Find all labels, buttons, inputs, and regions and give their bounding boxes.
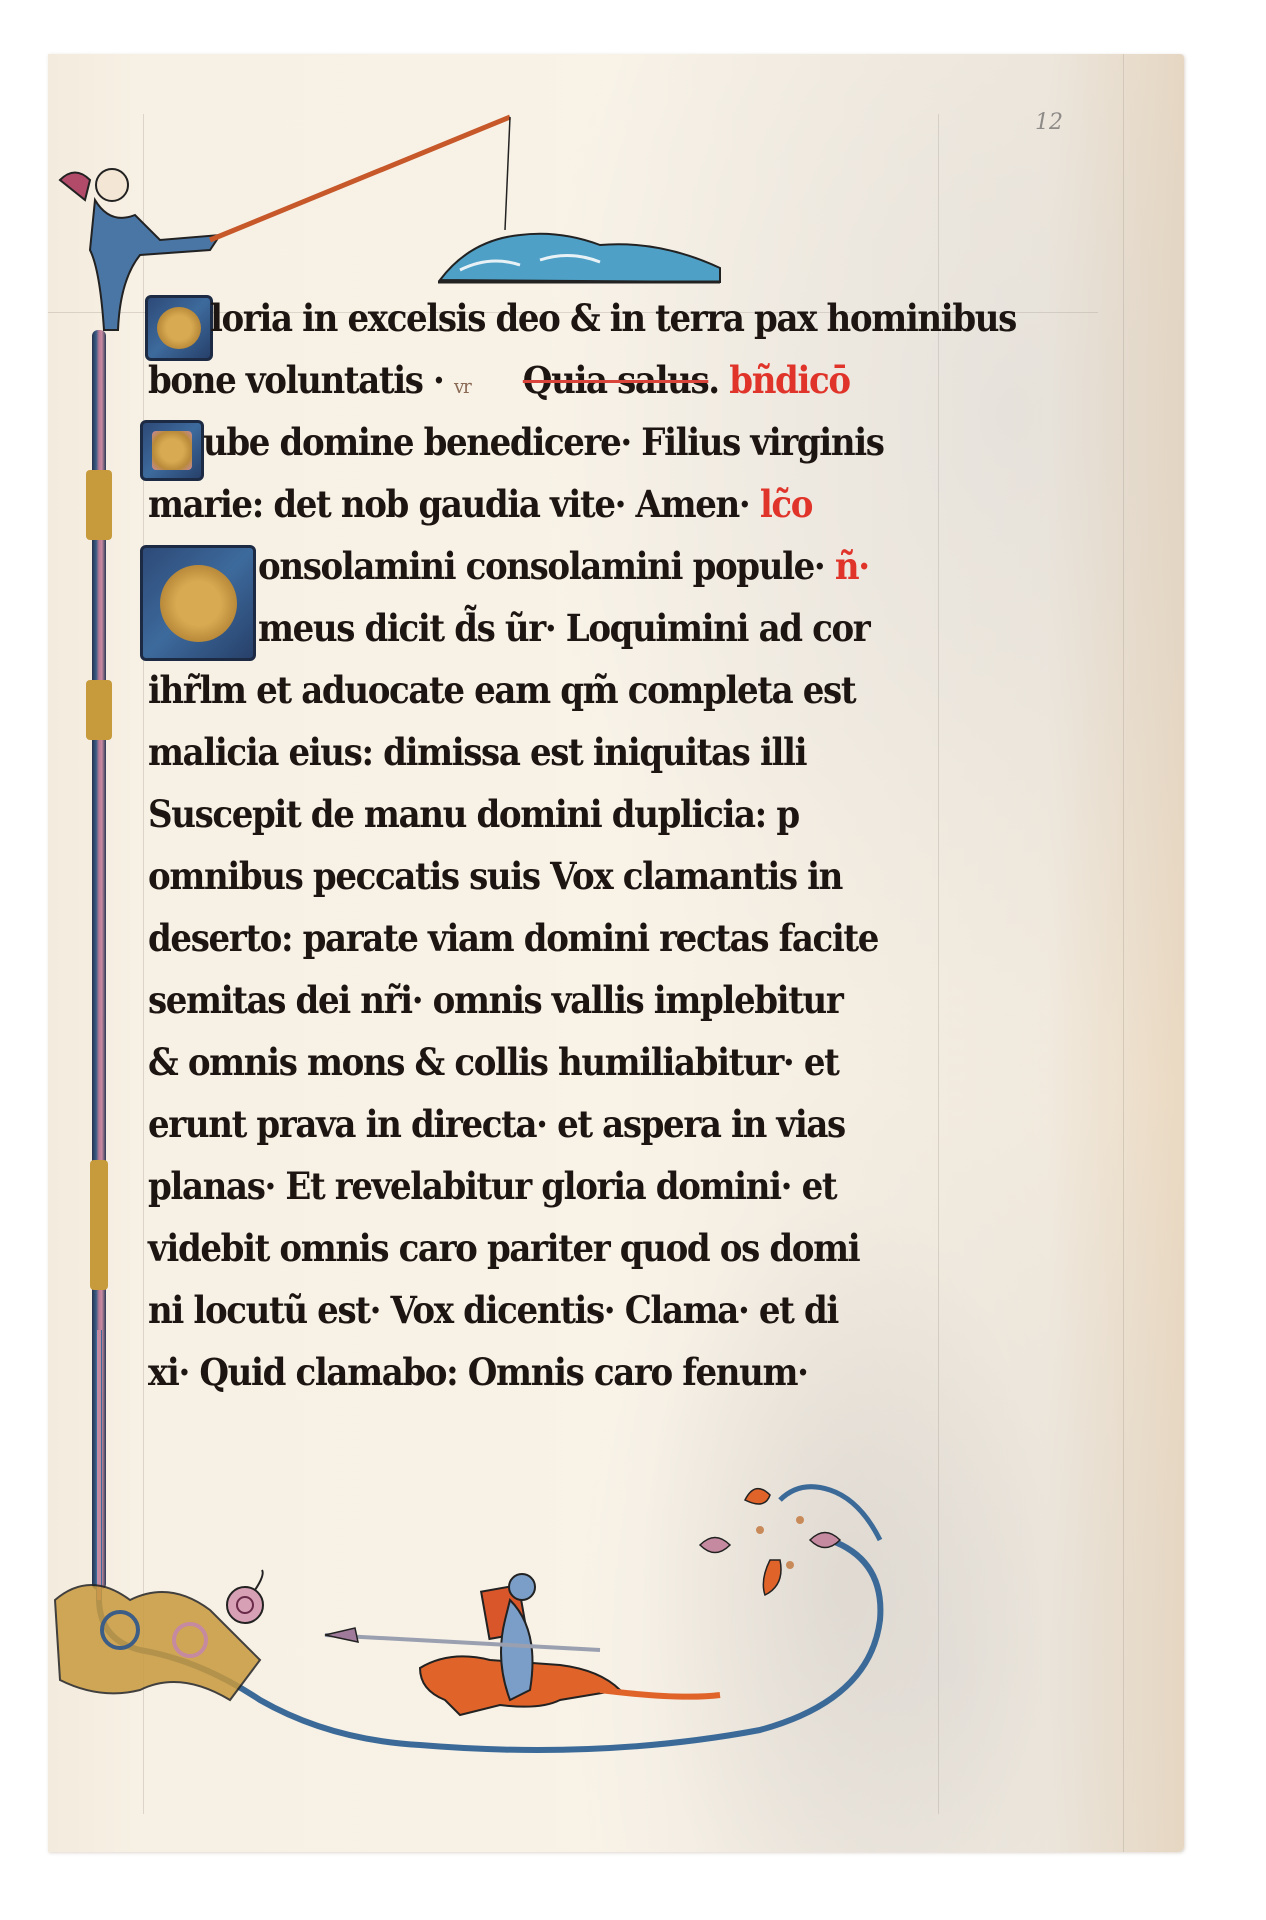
line-text: onsolamini consolamini popule·: [258, 544, 824, 588]
ruling-line: [143, 114, 144, 1814]
gold-ornament: [86, 470, 112, 540]
text-line-15: planas· Et revelabitur gloria domini· et: [148, 1164, 836, 1208]
initial-i: [140, 420, 204, 481]
line-text: .: [708, 358, 718, 402]
line-text: marie: det nob gaudia vite· Amen·: [148, 482, 749, 526]
text-line-5: onsolamini consolamini popule· ñ·: [258, 544, 869, 588]
text-line-12: semitas dei nr̃i· omnis vallis implebitu…: [148, 978, 842, 1022]
rubric: lc̃o: [760, 482, 812, 526]
struck-text: Quia salus: [523, 358, 709, 402]
folio-number: 12: [1035, 110, 1063, 135]
text-line-17: ni locutũ est· Vox dicentis· Clama· et d…: [148, 1288, 838, 1332]
rubric: ñ·: [835, 544, 869, 588]
gold-ornament: [90, 1160, 108, 1290]
marginal-note: vr: [454, 374, 470, 398]
text-line-13: & omnis mons & collis humiliabitur· et: [148, 1040, 838, 1084]
text-line-8: malicia eius: dimissa est iniquitas illi: [148, 730, 806, 774]
line-text: bone voluntatis ·: [148, 358, 444, 402]
initial-g: [145, 295, 213, 361]
text-line-9: Suscepit de manu domini duplicia: p: [148, 792, 799, 836]
rubric: bñdicō: [729, 358, 849, 402]
text-line-10: omnibus peccatis suis Vox clamantis in: [148, 854, 842, 898]
text-line-6: meus dicit d̃s ũr· Loquimini ad cor: [258, 606, 869, 650]
text-line-2: bone voluntatis · vr Quia salus. bñdicō: [148, 358, 850, 402]
gold-ornament: [86, 680, 112, 740]
text-line-18: xi· Quid clamabo: Omnis caro fenum·: [148, 1350, 808, 1394]
text-line-3: ube domine benedicere· Filius virginis: [203, 420, 884, 464]
text-line-14: erunt prava in directa· et aspera in via…: [148, 1102, 845, 1146]
ruling-line: [938, 114, 939, 1814]
initial-c: [140, 545, 256, 661]
text-line-7: ihr̃lm et aduocate eam qm̃ completa est: [148, 668, 855, 712]
text-line-4: marie: det nob gaudia vite· Amen· lc̃o: [148, 482, 812, 526]
text-line-16: videbit omnis caro pariter quod os domi: [148, 1226, 859, 1270]
text-line-11: deserto: parate viam domini rectas facit…: [148, 916, 878, 960]
ruling-line: [1123, 54, 1124, 1852]
text-line-1: loria in excelsis deo & in terra pax hom…: [210, 296, 1016, 340]
